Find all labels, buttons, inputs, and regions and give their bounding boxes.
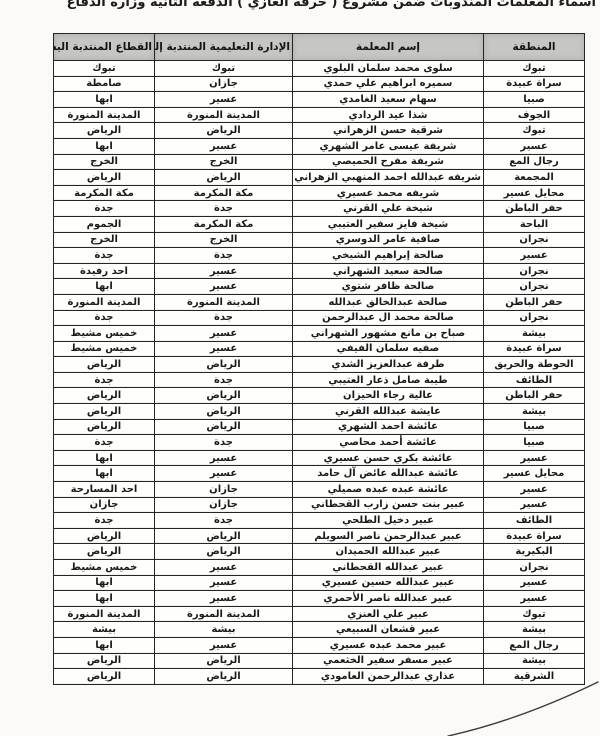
table-cell: عسير	[155, 279, 293, 295]
table-cell: بيشة	[54, 622, 155, 638]
table-cell: المدينة المنورة	[54, 606, 155, 622]
table-row: الجوفشذا عيد الرداديالمدينة المنورةالمدي…	[54, 107, 585, 123]
table-cell: عبير محمد عبده عسيري	[293, 637, 484, 653]
table-cell: سراة عبيدة	[484, 76, 585, 92]
table-cell: خميس مشيط	[54, 341, 155, 357]
table-cell: صالحة عبدالخالق عبدالله	[293, 294, 484, 310]
table-row: نجرانصافية عامر الدوسريالخرجالخرج	[54, 232, 585, 248]
table-cell: ابها	[54, 575, 155, 591]
table-cell: طرفة عبدالعزيز الشدي	[293, 357, 484, 373]
table-row: تبوكعبير علي العنزيالمدينة المنورةالمدين…	[54, 606, 585, 622]
table-cell: شيخة فايز سفير العتيبي	[293, 216, 484, 232]
table-row: عسيرعائشة بكري حسن عسيريعسيرابها	[54, 450, 585, 466]
table-cell: جدة	[155, 310, 293, 326]
table-cell: بيشة	[484, 653, 585, 669]
table-row: نجرانصالحة سعيد الشهرانيعسيراحد رفيدة	[54, 263, 585, 279]
table-cell: ابها	[54, 450, 155, 466]
table-row: الطائفعبير دخيل الطلحيجدةجدة	[54, 513, 585, 529]
table-body: تبوكسلوى محمد سلمان البلويتبوكتبوكسراة ع…	[54, 61, 585, 685]
table-cell: احد رفيدة	[54, 263, 155, 279]
table-cell: عسير	[484, 497, 585, 513]
table-cell: الطائف	[484, 513, 585, 529]
table-row: سراة عبيدةصفيه سلمان الفيفيعسيرخميس مشيط	[54, 341, 585, 357]
table-cell: الطائف	[484, 372, 585, 388]
table-cell: شرقية حسن الزهراني	[293, 123, 484, 139]
table-cell: عسير	[155, 450, 293, 466]
table-cell: عائشة عبدالله عائض آل حامد	[293, 466, 484, 482]
table-row: بيشةعبير قشعان السبيعيبيشةبيشة	[54, 622, 585, 638]
table-row: بيشةعبير مسفر سفير الخثعميالرياضالرياض	[54, 653, 585, 669]
table-row: عسيرعبير بنت حسن زارب القحطانيجازانجازان	[54, 497, 585, 513]
table-cell: جدة	[54, 435, 155, 451]
table-cell: بيشة	[484, 622, 585, 638]
pen-stroke-mark	[440, 676, 600, 736]
table-cell: جازان	[155, 497, 293, 513]
table-cell: شريفة عيسى عامر الشهري	[293, 138, 484, 154]
table-cell: صالحة إبراهيم الشيخي	[293, 248, 484, 264]
table-cell: عسير	[155, 326, 293, 342]
table-cell: عذاري عبدالرحمن العامودي	[293, 669, 484, 685]
table-cell: المدينة المنورة	[54, 107, 155, 123]
table-cell: عبير دخيل الطلحي	[293, 513, 484, 529]
table-row: محايل عسيرشريفه محمد عسيريمكة المكرمةمكة…	[54, 185, 585, 201]
table-cell: خميس مشيط	[54, 326, 155, 342]
table-cell: مكة المكرمة	[155, 185, 293, 201]
table-cell: عسير	[155, 138, 293, 154]
table-cell: جدة	[155, 513, 293, 529]
table-cell: المدينة المنورة	[155, 294, 293, 310]
table-cell: الرياض	[54, 170, 155, 186]
table-cell: سلوى محمد سلمان البلوي	[293, 61, 484, 77]
table-cell: سميره ابراهيم علي حمدي	[293, 76, 484, 92]
table-cell: شريفه عبدالله احمد المنهبي الزهراني	[293, 170, 484, 186]
table-row: حفر الباطنشيخة علي القرنيجدةجدة	[54, 201, 585, 217]
table-row: تبوكشرقية حسن الزهرانيالرياضالرياض	[54, 123, 585, 139]
table-cell: عسير	[155, 637, 293, 653]
table-row: المجمعةشريفه عبدالله احمد المنهبي الزهرا…	[54, 170, 585, 186]
table-cell: جازان	[155, 482, 293, 498]
table-cell: حفر الباطن	[484, 294, 585, 310]
table-cell: ابها	[54, 466, 155, 482]
table-cell: شريفه محمد عسيري	[293, 185, 484, 201]
table-cell: الرياض	[54, 357, 155, 373]
table-row: بيشةصباح بن مانع مشهور الشهرانيعسيرخميس …	[54, 326, 585, 342]
table-cell: خميس مشيط	[54, 560, 155, 576]
table-cell: الرياض	[54, 528, 155, 544]
table-cell: عسير	[484, 138, 585, 154]
table-cell: جدة	[54, 513, 155, 529]
table-cell: عسير	[484, 248, 585, 264]
table-cell: جدة	[155, 248, 293, 264]
table-row: الباحةشيخة فايز سفير العتيبيمكة المكرمةا…	[54, 216, 585, 232]
table-row: نجرانصالحة ظافر شتويعسيرابها	[54, 279, 585, 295]
table-cell: الرياض	[155, 653, 293, 669]
table-cell: محايل عسير	[484, 466, 585, 482]
table-cell: جدة	[54, 372, 155, 388]
table-cell: الشرقية	[484, 669, 585, 685]
table-cell: المدينة المنورة	[155, 107, 293, 123]
table-cell: نجران	[484, 279, 585, 295]
table-cell: عبير مسفر سفير الخثعمي	[293, 653, 484, 669]
table-row: رجال المعشريفة مفرح الحميصيالخرجالخرج	[54, 154, 585, 170]
table-cell: عسير	[155, 575, 293, 591]
table-cell: الرياض	[155, 123, 293, 139]
scanned-document-page: { "title": "اسماء المعلمات المندوبات ضمن…	[0, 0, 600, 736]
table-cell: ابها	[54, 138, 155, 154]
table-cell: جدة	[155, 435, 293, 451]
table-cell: نجران	[484, 263, 585, 279]
table-cell: نجران	[484, 232, 585, 248]
table-cell: الرياض	[155, 388, 293, 404]
table-cell: صالحة ظافر شتوي	[293, 279, 484, 295]
table-row: الطائفطيبة صامل ذعار العتيبيجدةجدة	[54, 372, 585, 388]
table-cell: الرياض	[54, 388, 155, 404]
table-cell: عبير علي العنزي	[293, 606, 484, 622]
table-cell: عسير	[484, 575, 585, 591]
table-cell: عسير	[155, 560, 293, 576]
table-cell: سهام سعيد الغامدي	[293, 92, 484, 108]
teachers-table: المنطقة إسم المعلمة الإدارة التعليمية ال…	[53, 33, 585, 685]
table-cell: بيشة	[484, 326, 585, 342]
table-cell: عسير	[484, 482, 585, 498]
table-cell: مكة المكرمة	[155, 216, 293, 232]
table-cell: جازان	[155, 76, 293, 92]
table-cell: عبير عبدالله حسين عسيري	[293, 575, 484, 591]
table-row: عسيرعبير عبدالله حسين عسيريعسيرابها	[54, 575, 585, 591]
table-cell: صبيا	[484, 92, 585, 108]
table-row: سراة عبيدةسميره ابراهيم علي حمديجازانصام…	[54, 76, 585, 92]
table-cell: الرياض	[155, 404, 293, 420]
table-cell: الرياض	[54, 123, 155, 139]
table-row: الحوطة والحريقطرفة عبدالعزيز الشديالرياض…	[54, 357, 585, 373]
table-row: محايل عسيرعائشة عبدالله عائض آل حامدعسير…	[54, 466, 585, 482]
table-cell: حفر الباطن	[484, 201, 585, 217]
table-row: رجال المععبير محمد عبده عسيريعسيرابها	[54, 637, 585, 653]
table-cell: عبير عبدالرحمن ناصر السويلم	[293, 528, 484, 544]
table-cell: عسير	[155, 341, 293, 357]
table-cell: صامطة	[54, 76, 155, 92]
table-cell: حفر الباطن	[484, 388, 585, 404]
table-cell: رجال المع	[484, 154, 585, 170]
table-cell: صالحة سعيد الشهراني	[293, 263, 484, 279]
table-row: حفر الباطنصالحة عبدالخالق عبداللهالمدينة…	[54, 294, 585, 310]
table-cell: صبيا	[484, 435, 585, 451]
table-cell: ابها	[54, 591, 155, 607]
table-cell: الخرج	[54, 154, 155, 170]
table-cell: احد المسارحة	[54, 482, 155, 498]
table-cell: الرياض	[155, 419, 293, 435]
table-cell: صفيه سلمان الفيفي	[293, 341, 484, 357]
table-cell: الخرج	[155, 154, 293, 170]
table-row: نجرانعبير عبدالله القحطانيعسيرخميس مشيط	[54, 560, 585, 576]
table-cell: عائشة أحمد محاصي	[293, 435, 484, 451]
table-cell: عسير	[155, 466, 293, 482]
table-cell: الخرج	[54, 232, 155, 248]
table-cell: عسير	[484, 450, 585, 466]
header-sector: القطاع المنتدبة اليه	[54, 34, 155, 61]
table-cell: عسير	[484, 591, 585, 607]
document-title: اسماء المعلمات المندوبات ضمن مشروع ( حرف…	[100, 0, 596, 13]
table-cell: رجال المع	[484, 637, 585, 653]
table-cell: جدة	[155, 201, 293, 217]
table-cell: بيشة	[155, 622, 293, 638]
table-cell: عبير قشعان السبيعي	[293, 622, 484, 638]
table-cell: صالحة محمد ال عبدالرحمن	[293, 310, 484, 326]
table-cell: تبوك	[484, 61, 585, 77]
header-region: المنطقة	[484, 34, 585, 61]
table-cell: شيخة علي القرني	[293, 201, 484, 217]
table-row: سراة عبيدةعبير عبدالرحمن ناصر السويلمالر…	[54, 528, 585, 544]
table-cell: عائشة بكري حسن عسيري	[293, 450, 484, 466]
table-cell: الرياض	[155, 669, 293, 685]
table-cell: عائشة عبده عبده صميلي	[293, 482, 484, 498]
table-cell: بيشة	[484, 404, 585, 420]
table-cell: صافية عامر الدوسري	[293, 232, 484, 248]
table-cell: تبوك	[54, 61, 155, 77]
table-row: حفر الباطنعالية رجاء الحيزانالرياضالرياض	[54, 388, 585, 404]
table-cell: الرياض	[54, 669, 155, 685]
table-cell: سراة عبيدة	[484, 528, 585, 544]
table-cell: عسير	[155, 591, 293, 607]
table-header-row: المنطقة إسم المعلمة الإدارة التعليمية ال…	[54, 34, 585, 61]
table-cell: الرياض	[155, 170, 293, 186]
table-cell: البكيرية	[484, 544, 585, 560]
table-cell: الرياض	[54, 544, 155, 560]
table-cell: سراة عبيدة	[484, 341, 585, 357]
table-row: صبياعائشة أحمد محاصيجدةجدة	[54, 435, 585, 451]
table-cell: تبوك	[484, 606, 585, 622]
table-cell: طيبة صامل ذعار العتيبي	[293, 372, 484, 388]
table-cell: جدة	[54, 201, 155, 217]
table-cell: ابها	[54, 637, 155, 653]
table-row: تبوكسلوى محمد سلمان البلويتبوكتبوك	[54, 61, 585, 77]
table-cell: عالية رجاء الحيزان	[293, 388, 484, 404]
table-cell: جازان	[54, 497, 155, 513]
table-cell: الخرج	[155, 232, 293, 248]
header-educational-administration: الإدارة التعليمية المنتدبة إليها	[155, 34, 293, 61]
table-row: بيشةعايشة عبدالله القرنيالرياضالرياض	[54, 404, 585, 420]
table-cell: صباح بن مانع مشهور الشهراني	[293, 326, 484, 342]
table-cell: الجوف	[484, 107, 585, 123]
table-row: الشرقيةعذاري عبدالرحمن العاموديالرياضالر…	[54, 669, 585, 685]
table-row: عسيرعائشة عبده عبده صميليجازاناحد المسار…	[54, 482, 585, 498]
table-cell: الباحة	[484, 216, 585, 232]
table-cell: الرياض	[155, 544, 293, 560]
table-row: صبياسهام سعيد الغامديعسيرابها	[54, 92, 585, 108]
table-cell: تبوك	[484, 123, 585, 139]
table-cell: الرياض	[54, 653, 155, 669]
header-teacher-name: إسم المعلمة	[293, 34, 484, 61]
table-row: عسيرشريفة عيسى عامر الشهريعسيرابها	[54, 138, 585, 154]
table-cell: عائشة احمد الشهري	[293, 419, 484, 435]
table-row: صبياعائشة احمد الشهريالرياضالرياض	[54, 419, 585, 435]
table-cell: الرياض	[155, 357, 293, 373]
table-cell: شريفة مفرح الحميصي	[293, 154, 484, 170]
table-cell: نجران	[484, 310, 585, 326]
table-row: البكيريةعبير عبدالله الحميدانالرياضالريا…	[54, 544, 585, 560]
table-cell: محايل عسير	[484, 185, 585, 201]
table-cell: جدة	[54, 248, 155, 264]
table-cell: الرياض	[54, 419, 155, 435]
table-cell: الرياض	[155, 528, 293, 544]
table-cell: الحوطة والحريق	[484, 357, 585, 373]
table-cell: نجران	[484, 560, 585, 576]
table-cell: الرياض	[54, 404, 155, 420]
table-cell: المدينة المنورة	[54, 294, 155, 310]
table-cell: شذا عيد الردادي	[293, 107, 484, 123]
table-cell: عايشة عبدالله القرني	[293, 404, 484, 420]
table-cell: جدة	[54, 310, 155, 326]
table-cell: صبيا	[484, 419, 585, 435]
table-cell: عسير	[155, 92, 293, 108]
table-cell: عسير	[155, 263, 293, 279]
table-row: عسيرعبير عبدالله ناصر الأحمريعسيرابها	[54, 591, 585, 607]
table-cell: جدة	[155, 372, 293, 388]
table-cell: المدينة المنورة	[155, 606, 293, 622]
table-cell: تبوك	[155, 61, 293, 77]
table-cell: ابها	[54, 92, 155, 108]
table-cell: عبير عبدالله القحطاني	[293, 560, 484, 576]
table-row: نجرانصالحة محمد ال عبدالرحمنجدةجدة	[54, 310, 585, 326]
table-cell: عبير بنت حسن زارب القحطاني	[293, 497, 484, 513]
table-cell: الجموم	[54, 216, 155, 232]
table-row: عسيرصالحة إبراهيم الشيخيجدةجدة	[54, 248, 585, 264]
table-cell: المجمعة	[484, 170, 585, 186]
table-cell: عبير عبدالله ناصر الأحمري	[293, 591, 484, 607]
table-cell: عبير عبدالله الحميدان	[293, 544, 484, 560]
table-cell: ابها	[54, 279, 155, 295]
table-cell: مكة المكرمة	[54, 185, 155, 201]
